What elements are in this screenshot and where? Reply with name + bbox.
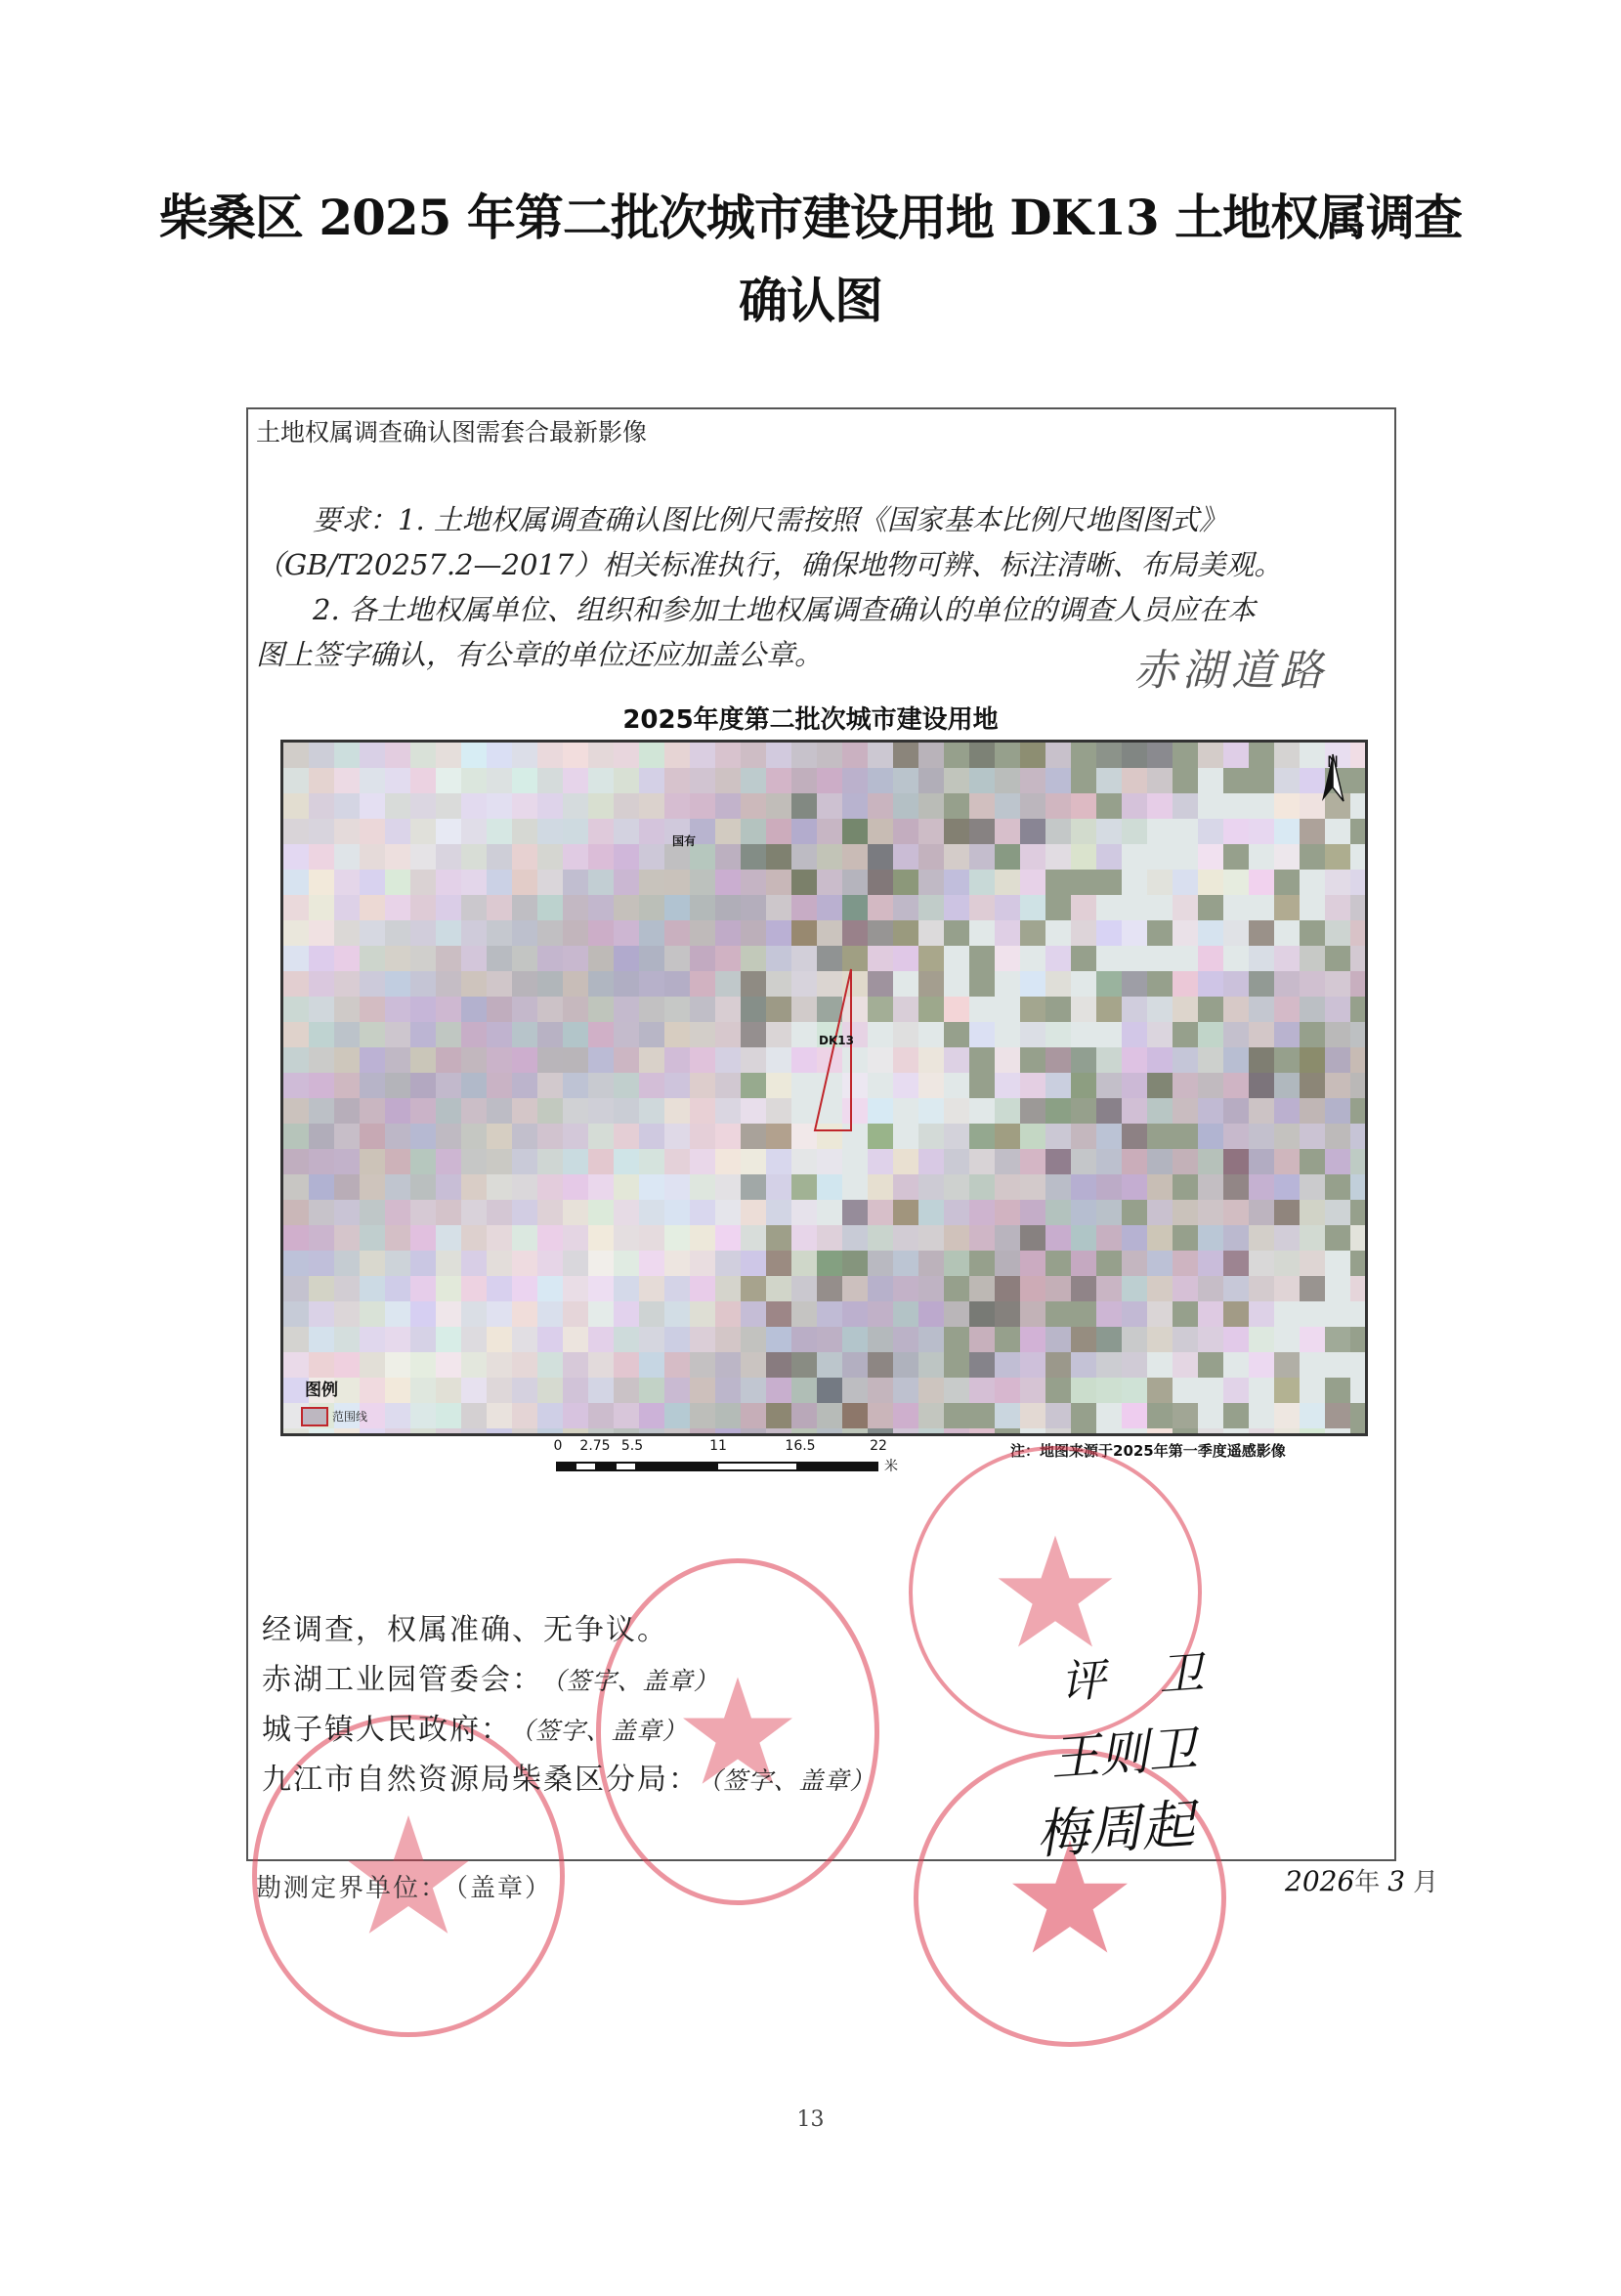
document-title-line1: 柴桑区 2025 年第二批次城市建设用地 DK13 土地权属调查 [0,179,1621,249]
scale-tick: 2.75 [579,1438,610,1454]
confirmation-row: 城子镇人民政府：（签字、盖章） [262,1705,688,1748]
scale-tick: 11 [709,1438,727,1454]
confirmation-row: 赤湖工业园管委会：（签字、盖章） [262,1655,719,1698]
org-name: 赤湖工业园管委会： [262,1663,543,1697]
page-number: 13 [0,2107,1621,2132]
surveyor-org: 勘测定界单位： [256,1874,448,1903]
sign-hint: （签字、盖章） [553,1667,719,1695]
requirement-line3: 2. 各土地权属单位、组织和参加土地权属调查确认的单位的调查人员应在本 [313,588,1256,628]
document-title-line2: 确认图 [0,262,1621,332]
scale-tick: 22 [870,1438,887,1454]
surveyor-row: 勘测定界单位：（盖章） [256,1868,552,1904]
parcel-label: DK13 [819,1034,854,1047]
scale-bar-graphic [556,1462,878,1471]
sign-hint: （签字、盖章） [522,1717,688,1745]
signing-date: 2026年3月 [1285,1862,1438,1898]
legend-boundary-label: 范围线 [332,1408,367,1424]
north-arrow: N [1318,752,1347,821]
header-note: 土地权属调查确认图需套合最新影像 [256,413,647,448]
north-arrow-icon [1318,752,1347,803]
org-name: 九江市自然资源局柴桑区分局： [262,1763,700,1797]
scale-tick: 16.5 [785,1438,815,1454]
map-source-note: 注：地图来源于2025年第一季度遥感影像 [1010,1440,1286,1461]
date-year: 2026 [1285,1865,1354,1897]
signature-2: 王则卫 [1048,1710,1200,1790]
org-name: 城子镇人民政府： [262,1713,512,1747]
map-title: 2025年度第二批次城市建设用地 [0,700,1621,736]
requirement-line1: 要求：1. 土地权属调查确认图比例尺需按照《国家基本比例尺地图图式》 [313,498,1227,538]
requirement-line2: （GB/T20257.2—2017）相关标准执行，确保地物可辨、标注清晰、布局美… [256,543,1282,583]
confirmation-row: 九江市自然资源局柴桑区分局：（签字、盖章） [262,1755,875,1798]
scale-bar: 0 2.75 5.5 11 16.5 22 米 [556,1438,903,1477]
satellite-map: 国有 DK13 N 图例 范围线 [280,740,1368,1436]
date-year-suffix: 年 [1354,1868,1380,1897]
confirmation-statement: 经调查，权属准确、无争议。 [262,1605,668,1648]
date-month: 3 [1387,1865,1405,1897]
sign-hint: （签字、盖章） [709,1766,875,1795]
surveyor-hint: （盖章） [455,1874,552,1903]
signature-3: 梅周起 [1034,1782,1197,1868]
scale-tick: 5.5 [621,1438,643,1454]
signature-1: 评 卫 [1058,1636,1225,1711]
date-month-suffix: 月 [1413,1868,1438,1897]
scale-unit: 米 [884,1456,898,1475]
parcel-boundary [283,743,1365,1433]
legend-boundary-swatch [301,1407,328,1426]
scale-tick: 0 [554,1438,563,1454]
handwritten-annotation: 赤湖道路 [1133,635,1329,698]
requirement-line4: 图上签字确认，有公章的单位还应加盖公章。 [256,633,823,673]
legend-title: 图例 [305,1376,338,1400]
